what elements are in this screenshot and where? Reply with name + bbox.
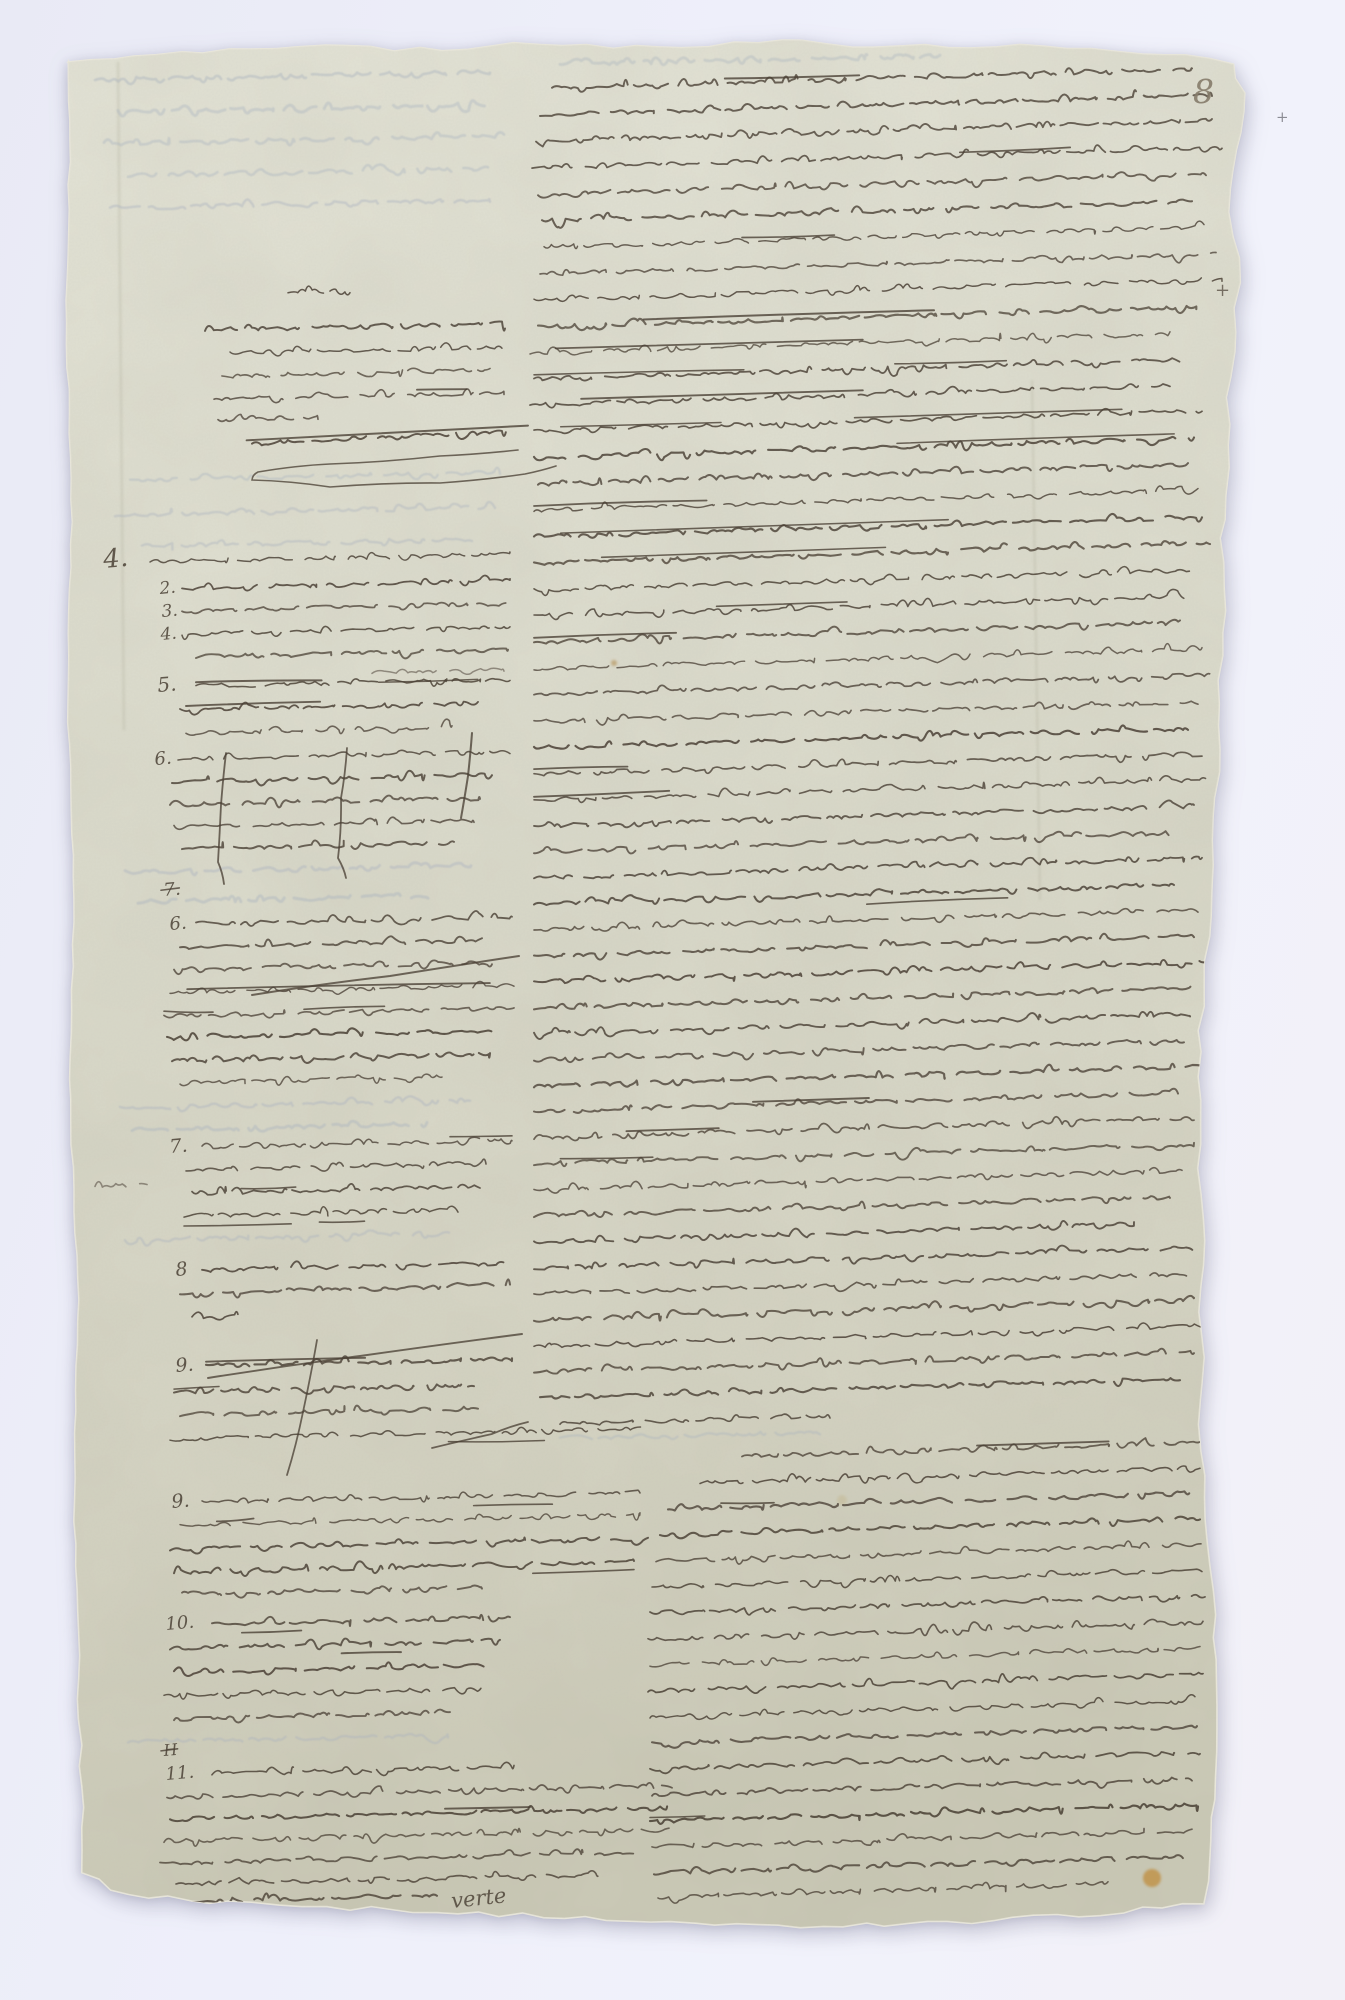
list-item-number: 2. [158, 578, 177, 599]
strikethrough-stroke [417, 389, 466, 390]
list-item-number: 10. [165, 1612, 195, 1635]
paper-sheet [40, 25, 1300, 1975]
strikethrough-stroke [450, 1136, 512, 1137]
page-number: 8 [1193, 72, 1214, 111]
list-item-number: 4. [159, 624, 178, 645]
manuscript-scan: + 4.2.3.4.5.6.7.6.7.89.9.10.H11. 8 + ver… [0, 0, 1345, 2000]
list-item-number: 8 [175, 1258, 189, 1281]
corner-plus-mark: + [1215, 280, 1230, 301]
scanned-manuscript-page: + 4.2.3.4.5.6.7.6.7.89.9.10.H11. 8 + ver… [0, 0, 1345, 2000]
list-item-number: 11. [165, 1762, 195, 1785]
stain [611, 660, 617, 666]
list-item-number: 6. [154, 748, 173, 770]
background-plus-mark: + [1276, 108, 1289, 126]
list-item-number: 5. [156, 671, 177, 697]
list-item-number: 7. [169, 1134, 189, 1157]
list-item-number: 6. [169, 913, 188, 935]
paper-texture [40, 25, 1300, 1975]
stain [1143, 1869, 1161, 1887]
list-item-number: 9. [175, 1353, 195, 1376]
list-item-number: 9. [171, 1489, 191, 1512]
list-item-number: 3. [161, 601, 179, 622]
strikethrough-stroke [721, 1503, 774, 1504]
list-item-number: 4. [101, 543, 129, 575]
